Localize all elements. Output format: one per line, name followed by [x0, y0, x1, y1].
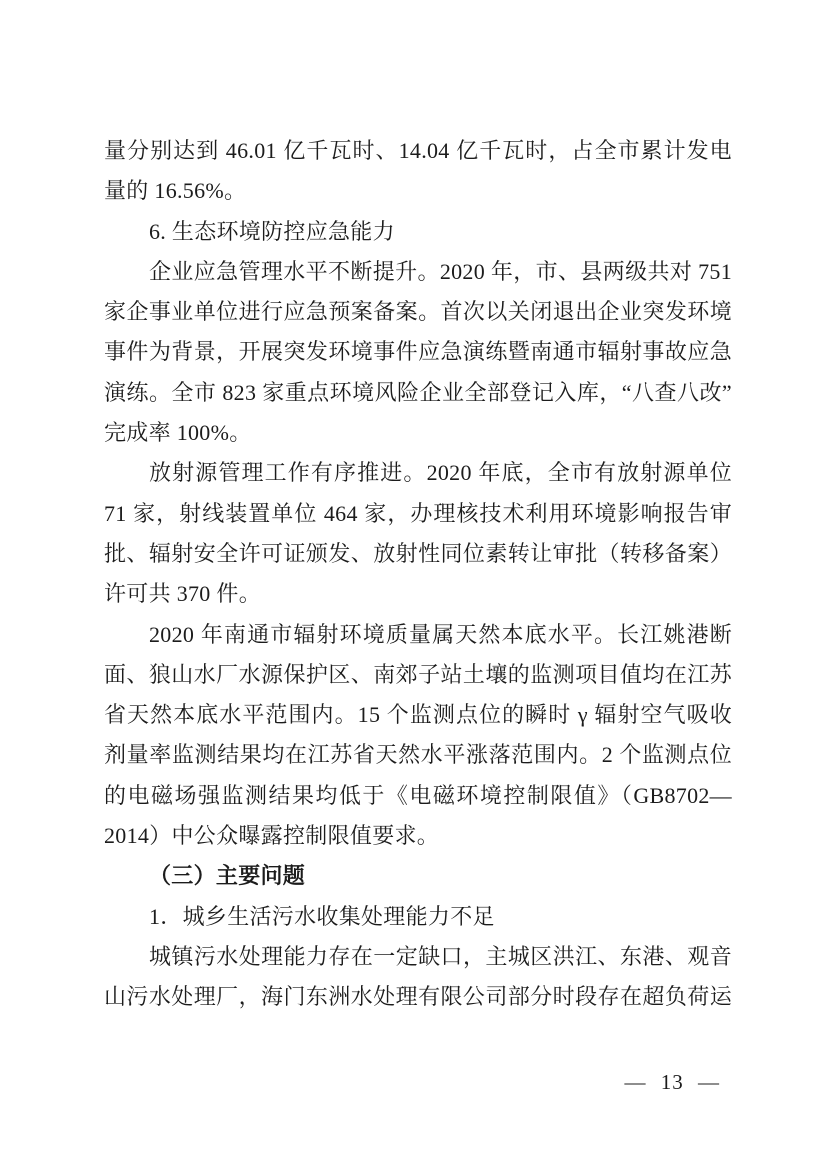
text-line: 面、狼山水厂水源保护区、南郊子站土壤的监测项目值均在江苏	[104, 655, 732, 695]
text-line: 剂量率监测结果均在江苏省天然水平涨落范围内。2 个监测点位	[104, 735, 732, 775]
text-line: 71 家，射线装置单位 464 家，办理核技术利用环境影响报告审	[104, 494, 732, 534]
text-line: 量分别达到 46.01 亿千瓦时、14.04 亿千瓦时，占全市累计发电	[104, 131, 732, 171]
text-line: 事件为背景，开展突发环境事件应急演练暨南通市辐射事故应急	[104, 332, 732, 372]
text-line: 城镇污水处理能力存在一定缺口，主城区洪江、东港、观音	[104, 937, 732, 977]
page-body: 量分别达到 46.01 亿千瓦时、14.04 亿千瓦时，占全市累计发电 量的 1…	[104, 131, 732, 1018]
section-heading-1: 1．城乡生活污水收集处理能力不足	[104, 897, 732, 937]
text-line: 演练。全市 823 家重点环境风险企业全部登记入库，“八查八改”	[104, 373, 732, 413]
text-line: 家企事业单位进行应急预案备案。首次以关闭退出企业突发环境	[104, 292, 732, 332]
section-heading-main-problems: （三）主要问题	[104, 856, 732, 896]
text-line: 的电磁场强监测结果均低于《电磁环境控制限值》（GB8702—	[104, 776, 732, 816]
section-heading-6: 6. 生态环境防控应急能力	[104, 212, 732, 252]
text-line: 批、辐射安全许可证颁发、放射性同位素转让审批（转移备案）	[104, 534, 732, 574]
document-page: 量分别达到 46.01 亿千瓦时、14.04 亿千瓦时，占全市累计发电 量的 1…	[0, 0, 826, 1169]
text-line: 许可共 370 件。	[104, 574, 732, 614]
page-number: — 13 —	[625, 1069, 721, 1095]
text-line: 2014）中公众曝露控制限值要求。	[104, 816, 732, 856]
text-line: 2020 年南通市辐射环境质量属天然本底水平。长江姚港断	[104, 615, 732, 655]
text-line: 量的 16.56%。	[104, 171, 732, 211]
text-line: 山污水处理厂，海门东洲水处理有限公司部分时段存在超负荷运	[104, 977, 732, 1017]
text-line: 放射源管理工作有序推进。2020 年底，全市有放射源单位	[104, 453, 732, 493]
text-line: 省天然本底水平范围内。15 个监测点位的瞬时 γ 辐射空气吸收	[104, 695, 732, 735]
text-line: 完成率 100%。	[104, 413, 732, 453]
text-line: 企业应急管理水平不断提升。2020 年，市、县两级共对 751	[104, 252, 732, 292]
